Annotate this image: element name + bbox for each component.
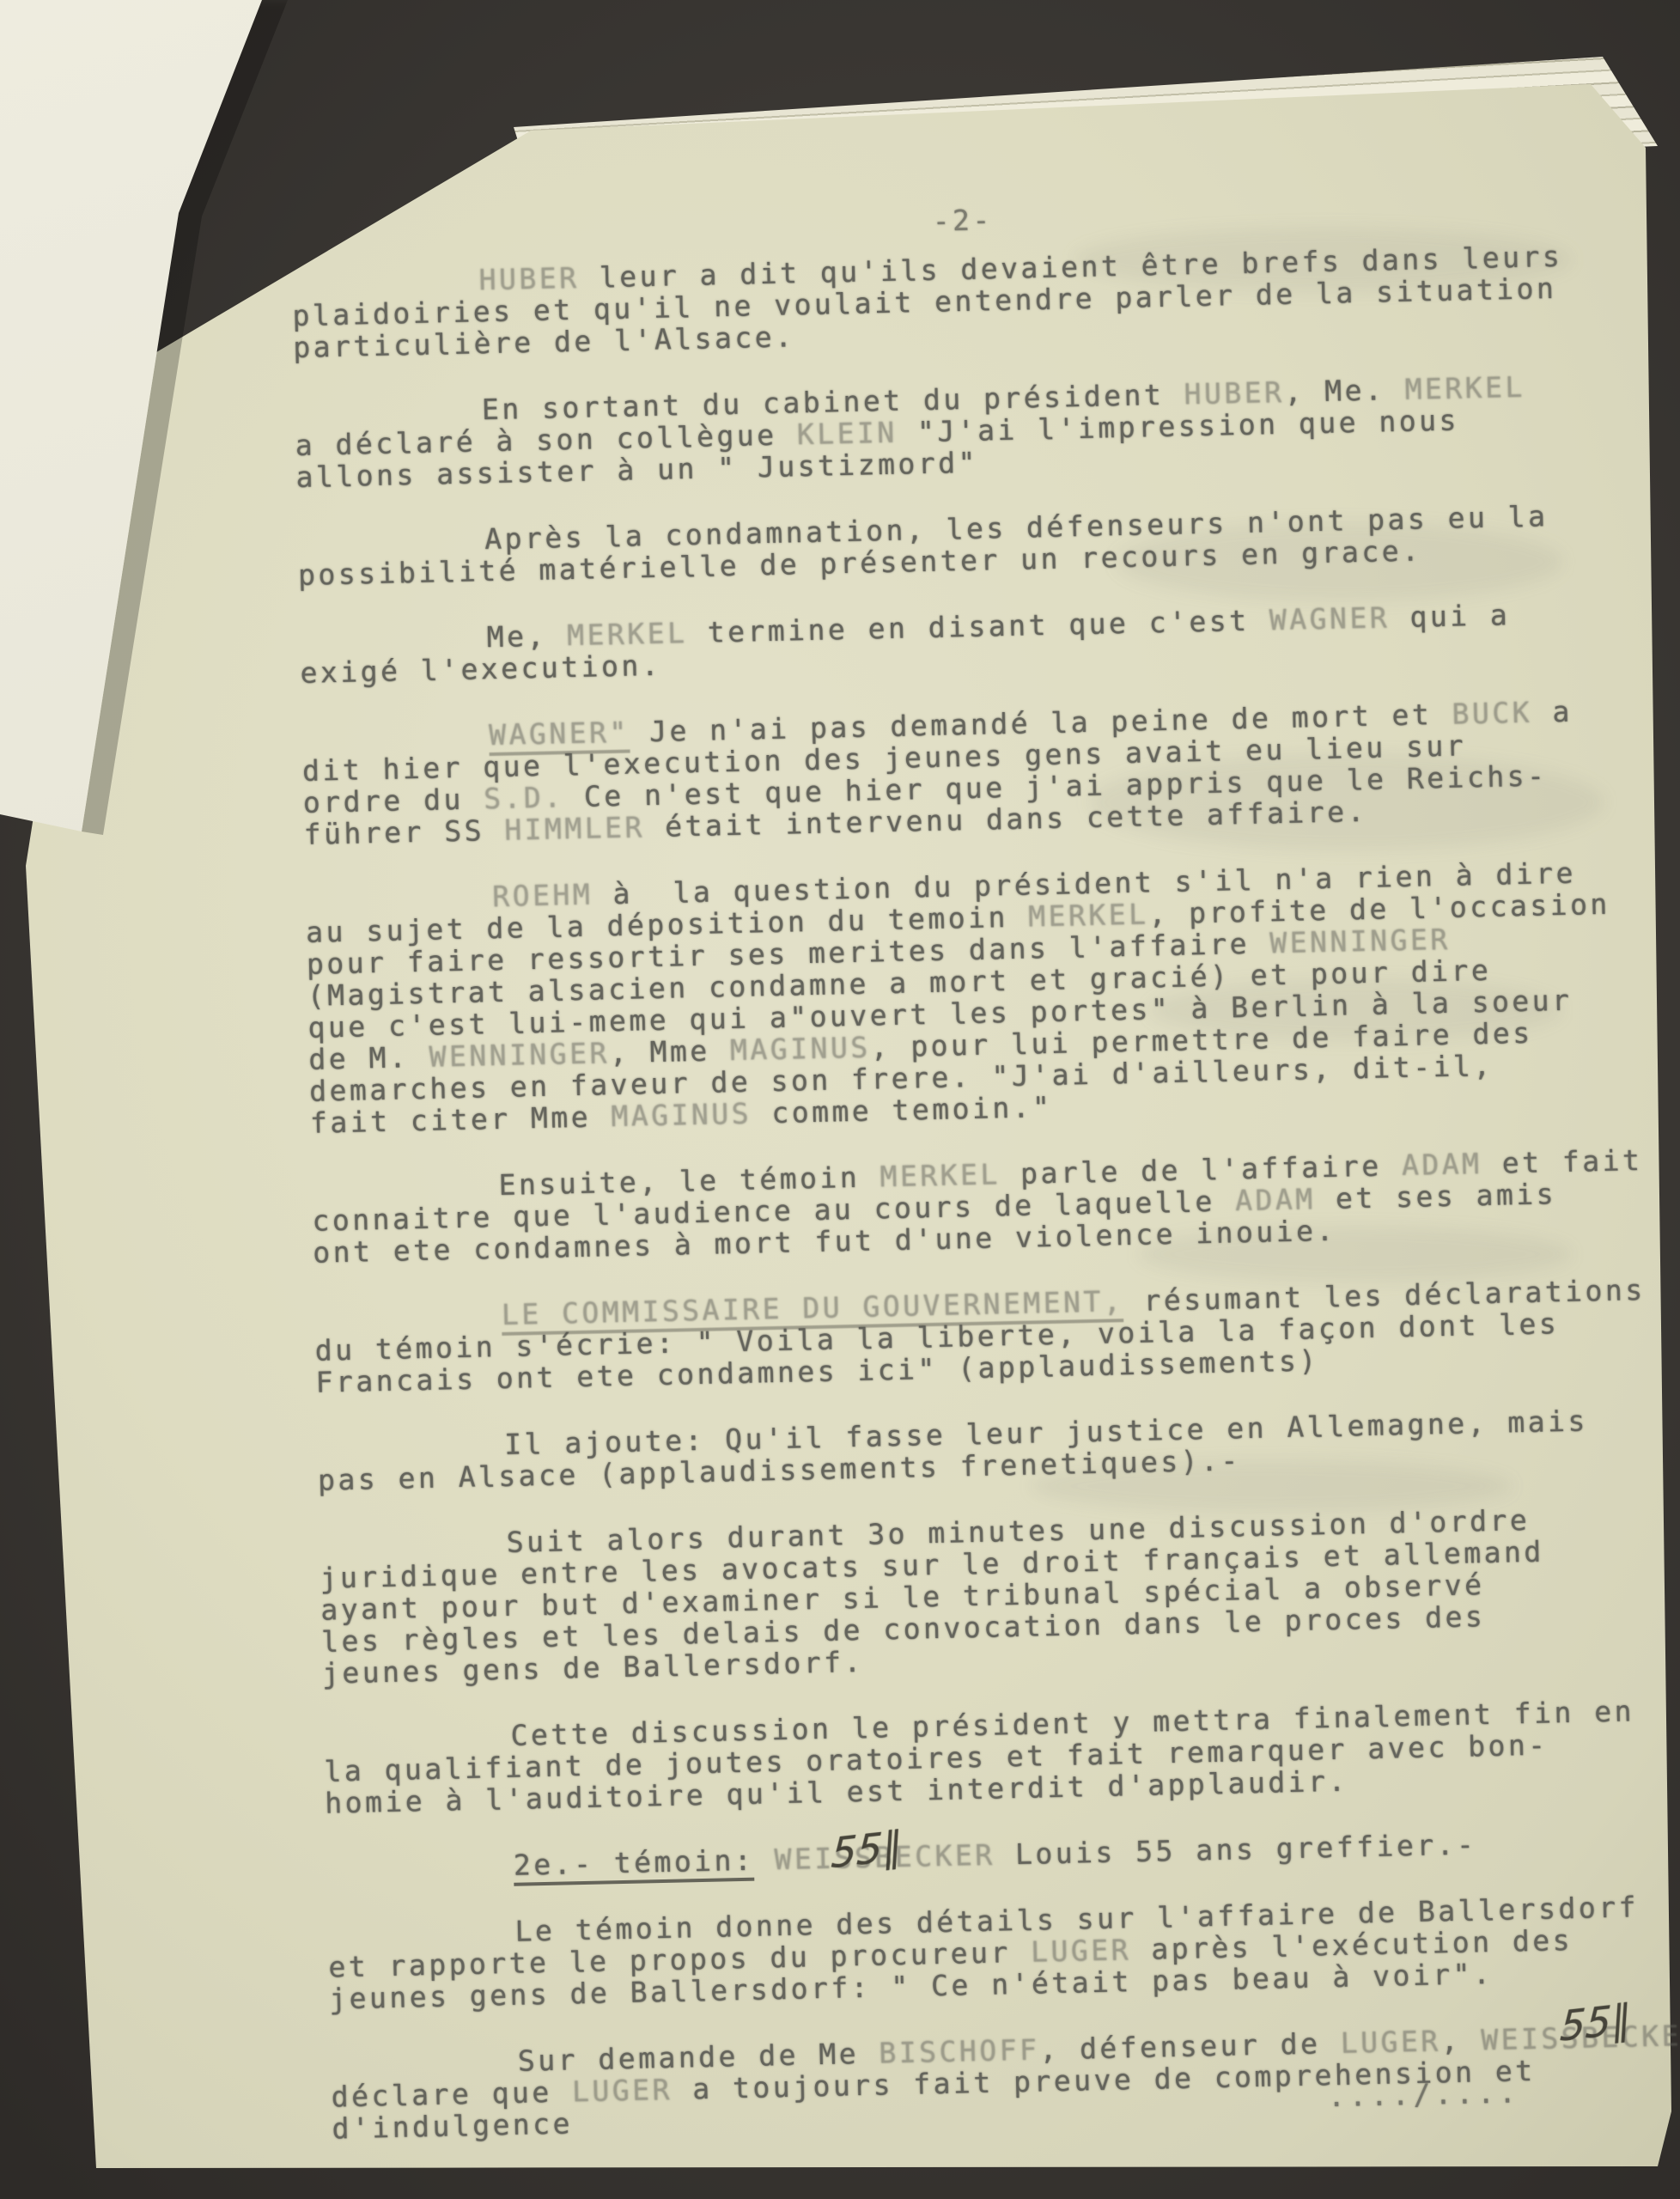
typed-text: de M. bbox=[308, 1040, 429, 1076]
typed-text: S.D. bbox=[484, 780, 564, 815]
typed-text: exigé l'execution. bbox=[300, 649, 661, 690]
typed-text: ADAM bbox=[1401, 1147, 1482, 1182]
underlined-text: WAGNER" bbox=[489, 716, 630, 757]
typed-text: LUGER bbox=[572, 2073, 673, 2109]
typed-text: MAGINUS bbox=[611, 1097, 752, 1134]
typed-text: HIMMLER bbox=[504, 810, 645, 847]
continuation-mark: ..../.... bbox=[1328, 2075, 1521, 2113]
paragraph: 2e.- témoin: WEISSBECKER Louis 55 ans gr… bbox=[326, 1824, 1671, 1885]
typed-text: BISCHOFF bbox=[879, 2032, 1040, 2069]
typed-text: Me, bbox=[486, 618, 567, 654]
paragraph: Après la condamnation, les défenseurs n'… bbox=[297, 498, 1642, 591]
typed-text: WENNINGER bbox=[429, 1036, 610, 1074]
typed-text: ROEHM bbox=[492, 878, 593, 914]
typed-text: a bbox=[1532, 695, 1573, 729]
scan-background: -2- HUBER leur a dit qu'ils devaient êtr… bbox=[0, 0, 1680, 2199]
typed-text: HUBER bbox=[478, 261, 580, 297]
paragraph: ROEHM à la question du président s'il n'… bbox=[305, 856, 1654, 1139]
text-line: 2e.- témoin: WEISSBECKER Louis 55 ans gr… bbox=[326, 1824, 1671, 1885]
typed-text: , Mme bbox=[609, 1033, 730, 1069]
paragraph: Suit alors durant 3o minutes une discuss… bbox=[319, 1501, 1666, 1689]
typed-text: Louis 55 ans greffier.- bbox=[995, 1827, 1477, 1871]
typed-text: HUBER bbox=[1184, 375, 1285, 411]
typed-text-block: -2- HUBER leur a dit qu'ils devaient êtr… bbox=[290, 190, 1677, 2179]
paragraph: Cette discussion le président y mettra f… bbox=[323, 1694, 1669, 1818]
typed-text: BUCK bbox=[1452, 696, 1532, 731]
typed-text: MERKEL bbox=[1404, 370, 1525, 406]
typed-text: MERKEL bbox=[880, 1157, 1001, 1193]
paragraph: LE COMMISSAIRE DU GOUVERNEMENT, résumant… bbox=[314, 1274, 1660, 1398]
handwritten-annotation: 55∥ bbox=[830, 1823, 904, 1879]
typed-text: MAGINUS bbox=[730, 1030, 871, 1067]
typed-text: , Me. bbox=[1284, 373, 1405, 409]
typed-text: WAGNER bbox=[1269, 600, 1390, 637]
paragraph: WAGNER" Je n'ai pas demandé la peine de … bbox=[301, 694, 1648, 850]
typed-text: , bbox=[1440, 2023, 1482, 2057]
typed-text: LUGER bbox=[1340, 2024, 1441, 2060]
handwritten-annotation: 55∥ bbox=[1559, 1995, 1633, 2051]
typed-text: KLEIN bbox=[796, 416, 898, 452]
underlined-text: 2e.- témoin: bbox=[513, 1843, 754, 1886]
paragraph: Il ajoute: Qu'il fasse leur justice en A… bbox=[317, 1404, 1662, 1496]
document-body: HUBER leur a dit qu'ils devaient être br… bbox=[291, 239, 1676, 2145]
paragraph: Le témoin donne des détails sur l'affair… bbox=[327, 1890, 1673, 2014]
typed-text: führer SS bbox=[303, 813, 504, 851]
paragraph: Ensuite, le témoin MERKEL parle de l'aff… bbox=[311, 1144, 1657, 1269]
typed-text: comme temoin." bbox=[752, 1090, 1053, 1130]
paragraph: En sortant du cabinet du président HUBER… bbox=[295, 369, 1640, 493]
typed-text: d'indulgence bbox=[332, 2106, 573, 2145]
typed-text: WENNINGER bbox=[1269, 923, 1451, 960]
typed-text: MERKEL bbox=[567, 616, 688, 652]
paragraph: Me, MERKEL termine en disant que c'est W… bbox=[299, 596, 1644, 689]
paragraph: HUBER leur a dit qu'ils devaient être br… bbox=[291, 239, 1637, 363]
typed-text: LUGER bbox=[1031, 1933, 1132, 1969]
typed-text: et fait bbox=[1482, 1143, 1643, 1180]
typed-text: qui a bbox=[1390, 598, 1511, 634]
typed-text: fait citer Mme bbox=[310, 1099, 612, 1140]
typed-text: MERKEL bbox=[1028, 897, 1149, 933]
typed-text bbox=[754, 1843, 775, 1877]
typed-text: ADAM bbox=[1235, 1182, 1316, 1217]
typed-text: et ses amis bbox=[1315, 1177, 1556, 1215]
